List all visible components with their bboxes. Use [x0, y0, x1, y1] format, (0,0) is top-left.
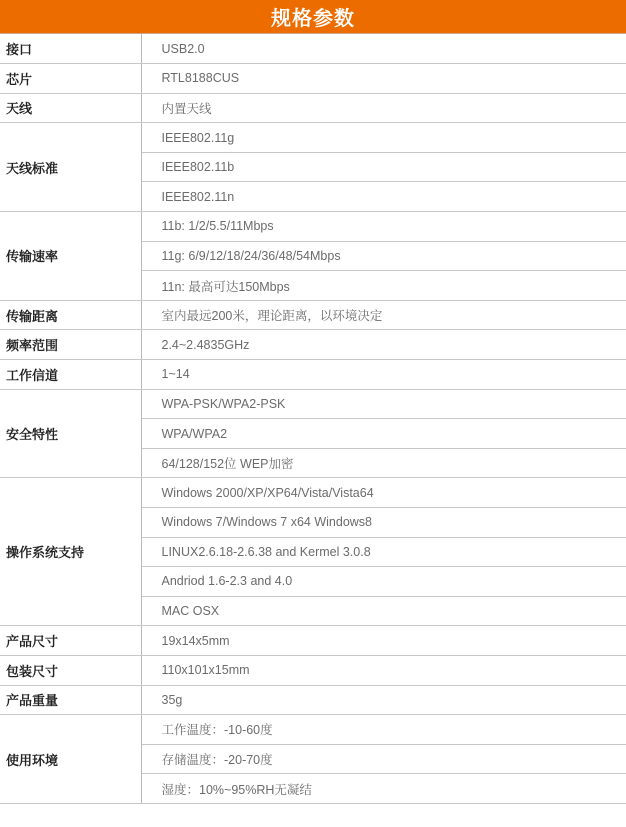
spec-value: 内置天线 — [141, 93, 626, 123]
spec-header: 规格参数 — [0, 0, 626, 34]
spec-label: 操作系统支持 — [0, 478, 141, 626]
spec-value: 室内最远200米，理论距离，以环境决定 — [141, 300, 626, 330]
spec-label: 传输距离 — [0, 300, 141, 330]
spec-value: 11b: 1/2/5.5/11Mbps — [141, 212, 626, 242]
spec-title: 规格参数 — [271, 2, 355, 31]
spec-value: 1~14 — [141, 360, 626, 390]
spec-row: 天线标准IEEE802.11g — [0, 123, 626, 153]
spec-label: 工作信道 — [0, 360, 141, 390]
spec-value: 19x14x5mm — [141, 626, 626, 656]
spec-label: 传输速率 — [0, 212, 141, 301]
spec-row: 传输距离室内最远200米，理论距离，以环境决定 — [0, 300, 626, 330]
spec-value: RTL8188CUS — [141, 64, 626, 94]
spec-row: 工作信道1~14 — [0, 360, 626, 390]
spec-row: 安全特性WPA-PSK/WPA2-PSK — [0, 389, 626, 419]
spec-value: 110x101x15mm — [141, 655, 626, 685]
spec-label: 频率范围 — [0, 330, 141, 360]
spec-value: WPA-PSK/WPA2-PSK — [141, 389, 626, 419]
spec-value: 11n: 最高可达150Mbps — [141, 271, 626, 301]
spec-row: 天线内置天线 — [0, 93, 626, 123]
spec-row: 芯片RTL8188CUS — [0, 64, 626, 94]
spec-row: 操作系统支持Windows 2000/XP/XP64/Vista/Vista64 — [0, 478, 626, 508]
spec-label: 安全特性 — [0, 389, 141, 478]
spec-value: IEEE802.11n — [141, 182, 626, 212]
spec-value: Windows 2000/XP/XP64/Vista/Vista64 — [141, 478, 626, 508]
spec-label: 包装尺寸 — [0, 655, 141, 685]
spec-value: USB2.0 — [141, 34, 626, 64]
spec-value: 工作温度：-10-60度 — [141, 715, 626, 745]
spec-value: MAC OSX — [141, 596, 626, 626]
spec-label: 天线标准 — [0, 123, 141, 212]
spec-row: 产品重量35g — [0, 685, 626, 715]
spec-value: 64/128/152位 WEP加密 — [141, 448, 626, 478]
spec-value: LINUX2.6.18-2.6.38 and Kermel 3.0.8 — [141, 537, 626, 567]
spec-label: 产品重量 — [0, 685, 141, 715]
spec-label: 天线 — [0, 93, 141, 123]
spec-value: Windows 7/Windows 7 x64 Windows8 — [141, 508, 626, 538]
spec-value: 11g: 6/9/12/18/24/36/48/54Mbps — [141, 241, 626, 271]
spec-row: 传输速率11b: 1/2/5.5/11Mbps — [0, 212, 626, 242]
spec-label: 产品尺寸 — [0, 626, 141, 656]
spec-value: 湿度：10%~95%RH无凝结 — [141, 774, 626, 804]
spec-label: 使用环境 — [0, 715, 141, 804]
spec-value: 存储温度：-20-70度 — [141, 744, 626, 774]
spec-row: 产品尺寸19x14x5mm — [0, 626, 626, 656]
spec-value: Andriod 1.6-2.3 and 4.0 — [141, 567, 626, 597]
spec-row: 使用环境工作温度：-10-60度 — [0, 715, 626, 745]
spec-row: 频率范围2.4~2.4835GHz — [0, 330, 626, 360]
spec-row: 包装尺寸110x101x15mm — [0, 655, 626, 685]
spec-value: IEEE802.11b — [141, 152, 626, 182]
spec-value: 35g — [141, 685, 626, 715]
spec-label: 芯片 — [0, 64, 141, 94]
spec-value: WPA/WPA2 — [141, 419, 626, 449]
spec-row: 接口USB2.0 — [0, 34, 626, 64]
spec-table: 接口USB2.0芯片RTL8188CUS天线内置天线天线标准IEEE802.11… — [0, 34, 626, 804]
spec-value: IEEE802.11g — [141, 123, 626, 153]
spec-label: 接口 — [0, 34, 141, 64]
spec-value: 2.4~2.4835GHz — [141, 330, 626, 360]
